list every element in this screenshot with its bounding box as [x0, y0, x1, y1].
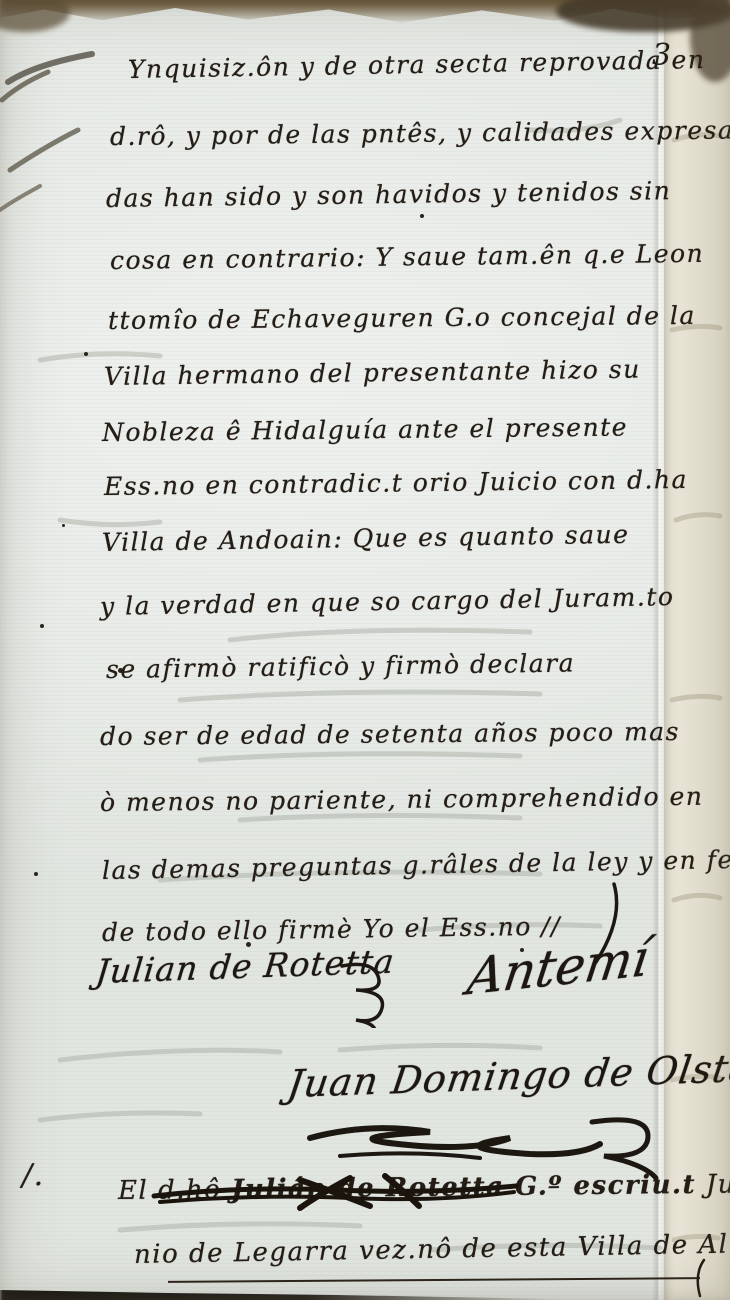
manuscript-page-scan: 3 Ynquisiz.ôn y de otra secta reprovada …: [0, 0, 730, 1300]
ink-speck: [40, 624, 44, 628]
closing-prefix: El d.hô: [118, 1175, 222, 1206]
adjacent-page-bleedthrough: [664, 0, 730, 1300]
ink-speck: [84, 352, 88, 356]
margin-mark: /.: [22, 1158, 45, 1193]
ink-speck: [34, 872, 38, 876]
struck-out-text: Julián de Rotetta G.º escriu.t: [231, 1170, 696, 1205]
manuscript-line: Nobleza ê Hidalguía ante el presente: [102, 412, 628, 447]
closing-suffix: Juan Anto: [706, 1168, 730, 1199]
rule-end-hook: [688, 1258, 710, 1298]
ante-mi-ascender-flourish: [556, 878, 626, 968]
manuscript-line: ttomîo de Echaveguren G.o concejal de la: [108, 301, 696, 335]
rubric-flourish: [332, 958, 392, 1028]
ink-speck: [420, 214, 424, 218]
manuscript-line: do ser de edad de setenta años poco mas: [100, 717, 680, 751]
ink-speck: [62, 524, 65, 527]
